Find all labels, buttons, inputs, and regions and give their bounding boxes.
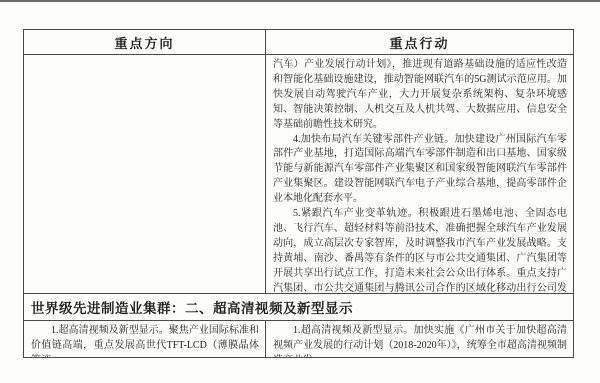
uhd-direction-text: 1.超高清视频及新型显示。聚焦产业国际标准和价值链高端，重点发展高世代TFT-L… [31, 324, 259, 357]
column-header-action: 重点行动 [265, 30, 573, 54]
action-paragraph-4: 4.加快布局汽车关键零部件产业链。加快建设广州国际汽车零部件产业基地，打造国际高… [273, 133, 567, 208]
uhd-action-text: 1.超高清视频及新型显示。加快实施《广州市关于加快超高清视频产业发展的行动计划（… [273, 324, 567, 357]
cluster-section-title: 世界级先进制造业集群：二、超高清视频及新型显示 [24, 294, 573, 320]
table-header-row: 重点方向 重点行动 [24, 30, 573, 54]
auto-action-cell: 汽车）产业发展行动计划》，推进现有道路基础设施的适应性改造和智能化基础设施建设，… [265, 55, 573, 293]
key-directions-actions-table: 重点方向 重点行动 汽车）产业发展行动计划》，推进现有道路基础设施的适应性改造和… [23, 29, 574, 358]
uhd-direction-cell: 1.超高清视频及新型显示。聚焦产业国际标准和价值链高端，重点发展高世代TFT-L… [24, 321, 265, 357]
page-top-edge-line [0, 0, 600, 2]
column-header-direction: 重点方向 [24, 30, 265, 54]
action-paragraph-continued: 汽车）产业发展行动计划》，推进现有道路基础设施的适应性改造和智能化基础设施建设，… [273, 58, 567, 133]
action-paragraph-5: 5.紧跟汽车产业变革轨迹。积极跟进石墨烯电池、全固态电池、飞行汽车、超轻材料等前… [273, 207, 567, 293]
cluster-section-row: 世界级先进制造业集群：二、超高清视频及新型显示 [24, 293, 573, 320]
uhd-action-cell: 1.超高清视频及新型显示。加快实施《广州市关于加快超高清视频产业发展的行动计划（… [265, 321, 573, 357]
uhd-display-row: 1.超高清视频及新型显示。聚焦产业国际标准和价值链高端，重点发展高世代TFT-L… [24, 320, 573, 357]
auto-direction-cell-empty [24, 55, 265, 293]
auto-industry-row: 汽车）产业发展行动计划》，推进现有道路基础设施的适应性改造和智能化基础设施建设，… [24, 54, 573, 293]
